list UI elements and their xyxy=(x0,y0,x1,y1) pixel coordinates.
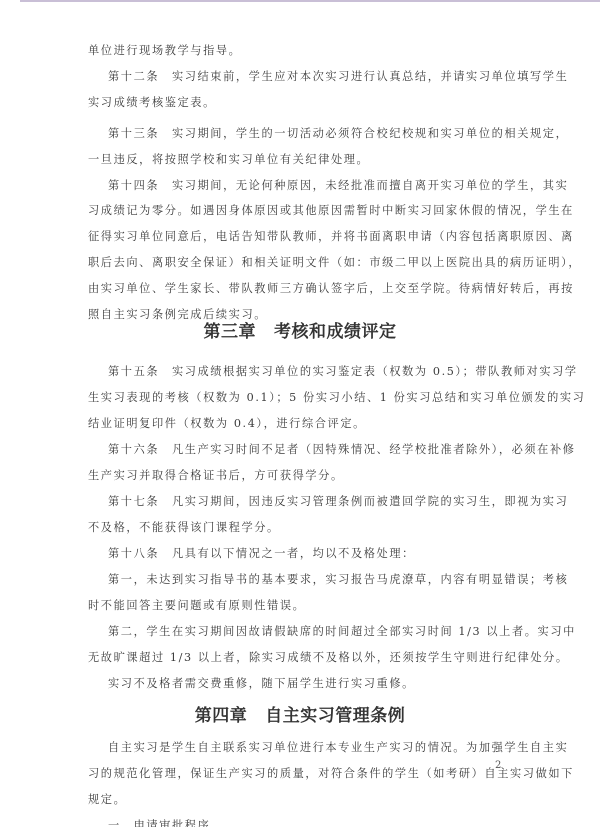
paragraph-line: 时不能回答主要问题或有原则性错误。 xyxy=(88,599,528,613)
paragraph-line: 结业证明复印件（权数为 0.4），进行综合评定。 xyxy=(88,417,528,431)
paragraph-line: 第十五条 实习成绩根据实习单位的实习鉴定表（权数为 0.5）；带队教师对实习学 xyxy=(108,365,548,379)
paragraph-line: 习成绩记为零分。如遇因身体原因或其他原因需暂时中断实习回家休假的情况，学生在 xyxy=(88,204,528,218)
paragraph-line: 征得实习单位同意后，电话告知带队教师，并将书面离职申请（内容包括离职原因、离 xyxy=(88,230,528,244)
paragraph-line: 生产实习并取得合格证书后，方可获得学分。 xyxy=(88,469,528,483)
chapter-number: 第四章 xyxy=(195,706,248,726)
scan-edge xyxy=(20,0,600,2)
paragraph-line: 第二，学生在实习期间因故请假缺席的时间超过全部实习时间 1/3 以上者。实习中 xyxy=(108,625,548,639)
paragraph-line: 职后去向、离职安全保证）和相关证明文件（如：市级二甲以上医院出具的病历证明）， xyxy=(88,256,528,270)
paragraph-line: 第十二条 实习结束前，学生应对本次实习进行认真总结，并请实习单位填写学生 xyxy=(108,70,548,84)
paragraph-line: 规定。 xyxy=(88,793,528,807)
paragraph-line: 第十四条 实习期间，无论何种原因，未经批准而擅自离开实习单位的学生，其实 xyxy=(108,179,548,193)
paragraph-line: 第十八条 凡具有以下情况之一者，均以不及格处理： xyxy=(108,547,548,561)
paragraph-line: 单位进行现场教学与指导。 xyxy=(88,44,528,58)
paragraph-line: 一、申请审批程序 xyxy=(108,819,548,827)
paragraph-line: 实习不及格者需交费重修，随下届学生进行实习重修。 xyxy=(108,677,548,691)
paragraph-line: 第十三条 实习期间，学生的一切活动必须符合校纪校规和实习单位的相关规定， xyxy=(108,127,548,141)
chapter-title: 考核和成绩评定 xyxy=(274,322,397,342)
paragraph-line: 第十六条 凡生产实习时间不足者（因特殊情况、经学校批准者除外），必须在补修 xyxy=(108,443,548,457)
chapter-heading: 第三章考核和成绩评定 xyxy=(0,322,600,342)
chapter-heading: 第四章自主实习管理条例 xyxy=(0,706,600,726)
paragraph-line: 照自主实习条例完成后续实习。 xyxy=(88,308,528,322)
paragraph-line: 第十七条 凡实习期间，因违反实习管理条例而被遣回学院的实习生，即视为实习 xyxy=(108,495,548,509)
paragraph-line: 习的规范化管理，保证生产实习的质量，对符合条件的学生（如考研）自主实习做如下 xyxy=(88,767,528,781)
chapter-number: 第三章 xyxy=(204,322,257,342)
paragraph-line: 无故旷课超过 1/3 以上者，除实习成绩不及格以外，还须按学生守则进行纪律处分。 xyxy=(88,651,528,665)
paragraph-line: 一旦违反，将按照学校和实习单位有关纪律处理。 xyxy=(88,153,528,167)
page-number: 2 xyxy=(495,760,501,771)
paragraph-line: 不及格，不能获得该门课程学分。 xyxy=(88,521,528,535)
paragraph-line: 生实习表现的考核（权数为 0.1）；5 份实习小结、1 份实习总结和实习单位颁发… xyxy=(88,391,528,405)
paragraph-line: 实习成绩考核鉴定表。 xyxy=(88,96,528,110)
chapter-title: 自主实习管理条例 xyxy=(265,706,405,726)
paragraph-line: 自主实习是学生自主联系实习单位进行本专业生产实习的情况。为加强学生自主实 xyxy=(108,741,548,755)
paragraph-line: 第一，未达到实习指导书的基本要求，实习报告马虎潦草，内容有明显错误；考核 xyxy=(108,573,548,587)
document-page: 单位进行现场教学与指导。第十二条 实习结束前，学生应对本次实习进行认真总结，并请… xyxy=(0,0,600,827)
paragraph-line: 由实习单位、学生家长、带队教师三方确认签字后，上交至学院。待病情好转后，再按 xyxy=(88,282,528,296)
